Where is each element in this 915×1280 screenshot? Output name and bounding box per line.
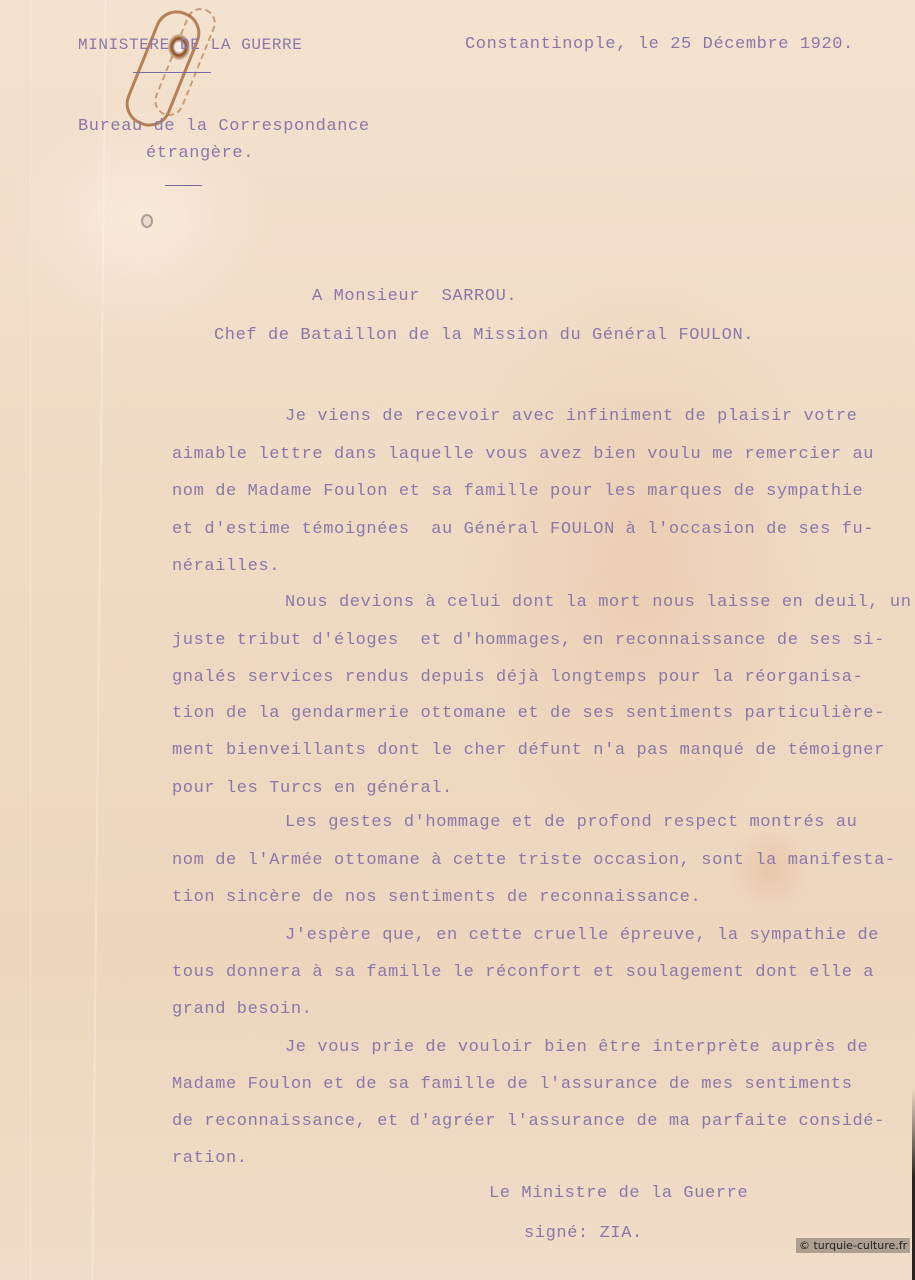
body-line: nérailles. [172,558,280,575]
body-line: J'espère que, en cette cruelle épreuve, … [285,927,879,944]
bureau-rule [165,185,202,186]
body-line: tion sincère de nos sentiments de reconn… [172,889,701,906]
body-line: tous donnera à sa famille le réconfort e… [172,964,874,981]
body-line: ration. [172,1150,248,1167]
addressee-title: Chef de Bataillon de la Mission du Génér… [214,327,754,344]
punch-hole [141,214,153,228]
body-line: pour les Turcs en général. [172,780,453,797]
body-line: aimable lettre dans laquelle vous avez b… [172,446,874,463]
bureau-line-2: étrangère. [146,145,254,162]
letterhead-rule [133,72,211,73]
signatory-name: signé: ZIA. [524,1225,643,1242]
addressee-name: A Monsieur SARROU. [312,288,517,305]
body-line: ment bienveillants dont le cher défunt n… [172,742,885,759]
signatory-title: Le Ministre de la Guerre [489,1185,748,1202]
body-line: Madame Foulon et de sa famille de l'assu… [172,1076,853,1093]
body-line: Je viens de recevoir avec infiniment de … [285,408,858,425]
body-line: gnalés services rendus depuis déjà longt… [172,669,863,686]
body-line: nom de Madame Foulon et sa famille pour … [172,483,863,500]
copyright-watermark: © turquie-culture.fr [796,1238,910,1253]
body-line: Je vous prie de vouloir bien être interp… [285,1039,868,1056]
body-line: et d'estime témoignées au Général FOULON… [172,521,874,538]
paper-crease [30,0,31,1280]
ministry-name: MINISTERE DE LA GUERRE [78,37,302,53]
dateline: Constantinople, le 25 Décembre 1920. [465,36,854,53]
body-line: de reconnaissance, et d'agréer l'assuran… [172,1113,885,1130]
body-line: Nous devions à celui dont la mort nous l… [285,594,912,611]
body-line: grand besoin. [172,1001,312,1018]
body-line: juste tribut d'éloges et d'hommages, en … [172,632,885,649]
body-line: tion de la gendarmerie ottomane et de se… [172,705,885,722]
bureau-line-1: Bureau de la Correspondance [78,118,370,135]
body-line: nom de l'Armée ottomane à cette triste o… [172,852,896,869]
body-line: Les gestes d'hommage et de profond respe… [285,814,858,831]
